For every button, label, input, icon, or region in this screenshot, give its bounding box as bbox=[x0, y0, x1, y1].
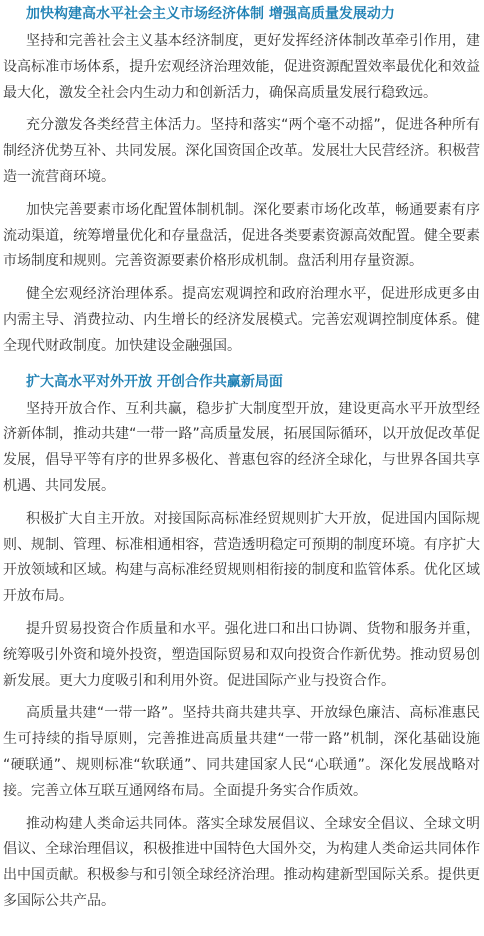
section-heading-opening-up: 扩大高水平对外开放 开创合作共赢新局面 bbox=[3, 369, 480, 395]
paragraph: 加快完善要素市场化配置体制机制。深化要素市场化改革，畅通要素有序流动渠道，统筹增… bbox=[3, 198, 480, 275]
paragraph: 充分激发各类经营主体活力。坚持和落实“两个毫不动摇”，促进各种所有制经济优势互补… bbox=[3, 113, 480, 190]
paragraph: 提升贸易投资合作质量和水平。强化进口和出口协调、货物和服务并重，统筹吸引外资和境… bbox=[3, 617, 480, 694]
document-page: 加快构建高水平社会主义市场经济体制 增强高质量发展动力 坚持和完善社会主义基本经… bbox=[3, 1, 480, 915]
paragraph: 积极扩大自主开放。对接国际高标准经贸规则扩大开放，促进国内国际规则、规制、管理、… bbox=[3, 507, 480, 610]
paragraph: 高质量共建“一带一路”。坚持共商共建共享、开放绿色廉洁、高标准惠民生可持续的指导… bbox=[3, 701, 480, 804]
section-opening-up: 扩大高水平对外开放 开创合作共赢新局面 坚持开放合作、互利共赢，稳步扩大制度型开… bbox=[3, 369, 480, 915]
paragraph: 推动构建人类命运共同体。落实全球发展倡议、全球安全倡议、全球文明倡议、全球治理倡… bbox=[3, 812, 480, 915]
paragraph: 健全宏观经济治理体系。提高宏观调控和政府治理水平，促进形成更多由内需主导、消费拉… bbox=[3, 282, 480, 359]
paragraph: 坚持开放合作、互利共赢，稳步扩大制度型开放，建设更高水平开放型经济新体制，推动共… bbox=[3, 397, 480, 500]
paragraph: 坚持和完善社会主义基本经济制度，更好发挥经济体制改革牵引作用，建设高标准市场体系… bbox=[3, 29, 480, 106]
section-heading-market-economy: 加快构建高水平社会主义市场经济体制 增强高质量发展动力 bbox=[3, 1, 480, 27]
section-market-economy: 加快构建高水平社会主义市场经济体制 增强高质量发展动力 坚持和完善社会主义基本经… bbox=[3, 1, 480, 360]
